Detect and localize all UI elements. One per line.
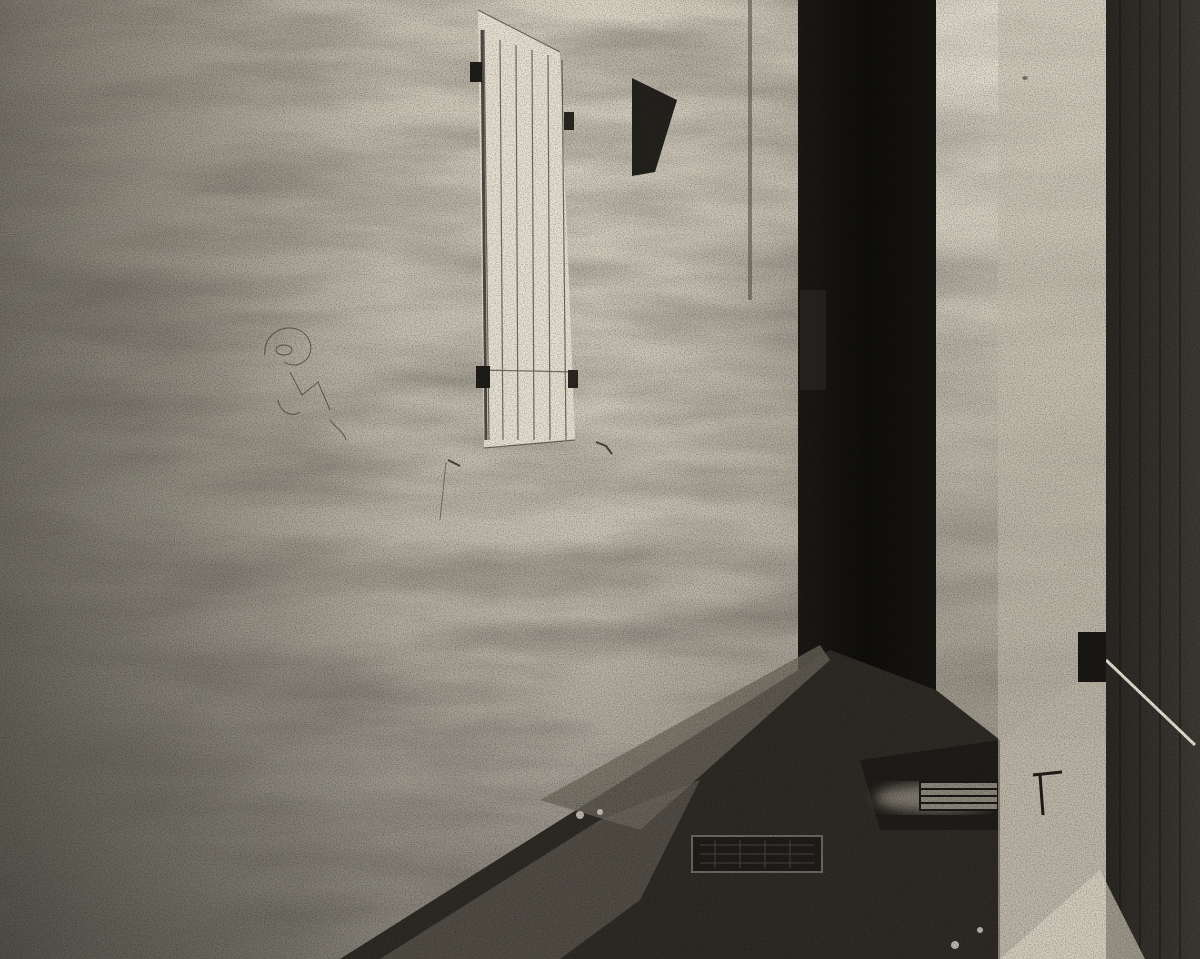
photo-canvas [0, 0, 1200, 959]
film-grain [0, 0, 1200, 959]
alley-photograph: narrow alley between building walls with… [0, 0, 1200, 959]
